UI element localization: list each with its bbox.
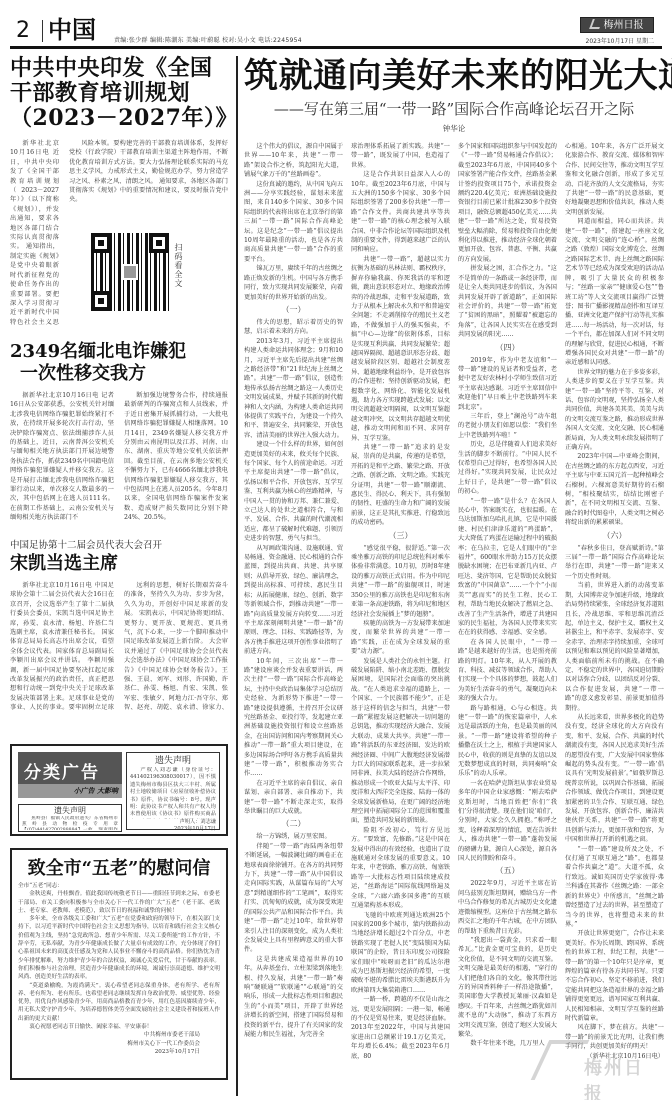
letter-signer: 梅州市关心下一代工作委员会 [18,1040,220,1048]
article-paragraph: 当前，世界进入新的动荡变革期，大国博弈竞争加速升级，地缘政治局势持续紧张，全球经… [565,581,664,713]
article-paragraph: 从长远来看，世界多极化的趋势没有变，经济全球化的大方向没有变，和平、发展、合作、… [565,713,664,845]
section-number: （三） [351,528,450,544]
letter-greeting: 全市“五老”同志： [18,882,220,890]
article-paragraph: 在习近平主席的亲自倡议、亲自谋划、亲自部署、亲自推动下，共建“一带一路”不断走深… [244,779,343,817]
article-paragraph: 发展是人类社会的永恒主题。打破发展陷阱、缩小南北差距、摆脱发展困境，是国际社会面… [351,657,450,826]
classified-banner: 分类广告 小广告 大影响 [18,752,122,798]
header-rule [10,46,662,49]
article-paragraph: “一带一路”是什么？在各国人民心中，答案既实在，也很温暖。在乌达加斯加乌哈扎扎镇… [458,497,557,638]
section-title: 中国 [48,18,96,42]
editor-credits: 责编:张少群 编辑:陈潮东 美编:叶蔚聪 校对:吴小文 电话:2245954 [114,35,302,44]
article-paragraph: 给一方锦绣，展万里宏图。 [244,832,343,841]
notice-text: 蕉岭县广福镇人民政府遗失广东省梅州市蕉岭县动物检疫专用章【(07)4414270… [22,816,118,830]
article-paragraph: 2022年9月，习近平主席在访问乌兹别克斯坦期间，赠给乌方一件中乌合作修复的希瓦… [458,879,557,935]
article-body: 新华社北京10月16日电 中国足球协会第十二届会员代表大会16日在京召开，会议选… [10,581,114,713]
notice-title: 遗失声明 [22,806,118,816]
lost-notice: 遗失声明 蕉岭县广福镇人民政府遗失广东省梅州市蕉岭县动物检疫专用章【(07)44… [18,804,122,832]
page-number-divider [42,20,43,42]
article-paragraph: 从写画政策沟通、设施联通、贸易畅通、资金融通、民心相通的合作蓝图，到提出共商、共… [244,544,343,657]
article-body: 风险本领。要构建完善的干部教育培训体系，发挥好党校（行政学院）干部教育培训主渠道… [69,139,228,223]
article-paragraph: “春秋多佳日，登高赋新诗。”第三届“一带一路”国际合作高峰论坛举行在即，共建“一… [565,544,664,582]
lost-notice: 遗失声明 产权人刘志谦（身份证号：441402196308030017），因不慎… [126,752,220,830]
article-paragraph: 2019年，作为中老友谊和“一带一路”建设的见证者和受益者，老挝中老友好农林村小… [458,356,557,412]
qr-caption: 扫码看全文 [173,243,184,288]
article-paragraph: 建设一个什么样的世界，如何创造更加美好的未来，攸关每个民族、每个国家、每个人的前… [244,440,343,543]
article-paragraph: 这是合作共识日益深入人心的10年。截至2023年6月底，中国与五大洲的150多个… [351,170,450,255]
article-paragraph: 2023年中国—中亚峰会期间，在古丝绸之路的东方起点西安，习近平主席与中亚五国元… [565,452,664,527]
letter-paragraph: 衷心祝愿老同志节日愉快、阖家幸福、平安康泰！ [18,1023,220,1031]
qr-logo-icon [122,264,138,280]
qr-code-icon[interactable] [91,233,169,311]
article-paragraph: 共建“一带一路”追求的是发展，崇尚的是共赢，传递的是希望，开拓的是和平之路、繁荣… [351,443,450,528]
headline: 中共中央印发《全国干部教育培训规划（2023－2027年）》 [10,56,228,131]
article-paragraph: 心相通。10年来，各方广泛开展文化旅游合作、教育交流、媒体和智库合作、民间交往等… [565,142,664,217]
banner-slogan: 小广告 大影响 [18,784,122,798]
page-header: 2 中国 责编:张少群 编辑:陈潮东 美编:叶蔚聪 校对:吴小文 电话:2245… [10,8,662,44]
article-paragraph: 在各国人民眼中，“一带一路”是越来越好的生活，也是照亮前路的明灯。10年来，从人… [458,638,557,704]
page-number: 2 [16,20,30,42]
article-paragraph: 一名在哈萨克斯坦从事农业贸易多年的中国企业家感慨：“刚去哈萨克斯坦时，当地百姓把… [458,779,557,864]
headline: 宋凯当选主席 [10,553,228,575]
byline: 钟华论 [244,122,664,136]
letter-paragraph: 多年来，全市各级关工委和广大“五老”在党委和政府的领导下，在相关部门支持下，以习… [18,915,220,981]
notice-text: 产权人刘志谦（身份证号：441402196308030017），因不慎遗失梅州市… [130,767,216,819]
article-paragraph: 10年间，三次出席“一带一路”建设座谈会并发表重要讲话，两次主持“一带一路”国际… [244,657,343,779]
watermark-logo-icon: 梅州日报 [540,1040,650,1090]
article-paragraph: “我愿出一袋黄金，只求看一眼希瓦。”比黄金更可宝贵的，是历史文化价值，是不同文明… [458,936,557,1039]
left-column: 中共中央印发《全国干部教育培训规划（2023－2027年）》 新华社北京10月1… [10,56,228,713]
article-paragraph: 伴随“一带一路”海陆两条纽带不断延展，一幅波澜壮阔的画卷正在地球表面徐徐铺开。在… [244,842,343,955]
article-paragraph: 路与路相通，心与心相连。共建“一带一路”的恢宏篇章中，人永远是最活跃的主角，也是… [458,704,557,779]
main-article: 筑就通向美好未来的阳光大道 ——写在第三届“一带一路”国际合作高峰论坛召开之际 … [244,56,664,1100]
headline: 一次性移交我方 [10,363,228,385]
letter-date: 2023年10月17日 [18,1048,220,1056]
logo-icon [589,19,603,29]
section-number: （二） [244,816,343,832]
article-cadre-training-plan: 中共中央印发《全国干部教育培训规划（2023－2027年）》 新华社北京10月1… [10,56,228,327]
article-paragraph: 飞驰的中欧班列通达欧洲25个国家的200多个城市，蒙内铁路拉动当地经济增长超过2… [351,911,450,996]
article-paragraph: “感觉很平稳，很舒适。”第一次乘坐雅万高铁的印尼总统佐科对乘车体验非常满意。10… [351,544,450,619]
article-paragraph: 球治理体系拓展了新实践。共建“一带一路”，既发展了中国，也造福了世界。 [351,142,450,170]
article-paragraph: 疾驰的高铁为一方发展带来加速度，而繁荣世界的共建“一带一路”实践，正在成为全球发… [351,619,450,657]
newspaper-logo: 梅州日报 [580,17,654,33]
article-paragraph: 2013年3月，习近平主席提出构建人类命运共同体理念；9月和10月，习近平主席先… [244,337,343,440]
article-body: 断加强边境警务合作，持续通报最新研判的诈骗窝点和人员线索，并于近日密集开展抓捕行… [124,391,228,523]
article-football-association: 中国足协第十二届会员代表大会召开 宋凯当选主席 新华社北京10月16日电 中国足… [10,539,228,713]
article-paragraph: 历史，总是伴随着人们追求美好生活的脚步不断前行。“中国人民不仅希望自己过得好，也… [458,440,557,496]
article-paragraph: 伟大的思想，昭示着历史的智慧，启示着未来的方向。 [244,318,343,337]
article-paragraph: 这份真诚的邀约，从中国飞向五洲——分享实践经验，谋划未来蓝图，来自140多个国家… [244,180,343,265]
article-paragraph: 锦瓦万里，赓续千年的古丝绸之路正焕发新的生机。中国与各方携手同行，致力实现共同发… [244,264,343,302]
article-paragraph: 三年后，登上“澜沧号”动车组的老挝小朋友们如愿以偿：“我们坐上中老铁路列车啦！” [458,412,557,440]
letter-title: 致全市“五老”的慰问信 [18,856,220,882]
classified-ads: 分类广告 小广告 大影响 遗失声明 蕉岭县广福镇人民政府遗失广东省梅州市蕉岭县动… [10,744,228,836]
article-paragraph: 这是共建成果造福世界的10年。从奔基垒台、立柱架梁到落地生根、持久发展，共建“一… [244,955,343,1040]
qr-code-block: 扫码看全文 [69,233,228,311]
condolence-letter: 致全市“五老”的慰问信 全市“五老”同志： 金秋送爽，丹桂飘香。值此我国传统敬老… [10,848,228,1080]
article-paragraph: 同道而相益，同心而共济。共建“一带一路”，搭建起一座座文化交流、文明交融的“连心… [565,217,664,368]
article-paragraph: 共建“一带一路”，超越以实力抗衡为基础的丛林法则、霸权秩序，摒弃你输我赢、你死我… [351,255,450,443]
banner-title: 分类广告 [24,758,100,783]
letter-paragraph: 金秋送爽，丹桂飘香。值此我国传统敬老节日——重阳佳节到来之际，市委老干部局、市关… [18,890,220,915]
section-number: （四） [458,340,557,356]
article-body: 新华社北京10月16日电 近日，中共中央印发了《全国干部教育培训规划（2023－… [10,139,59,327]
article-paragraph: 拼发展之困，汇合作之力。“这不是简单的一条路或一条经济带，而是让全人类共同进步的… [458,264,557,339]
issue-date: 2023年10月17日 星期二 [586,36,654,45]
headline: 2349名缅北电诈嫌犯 [10,341,228,363]
notice-date: 2023年10月17日 [130,826,216,833]
article-paragraph: 这个伟大的倡议，源自中国属于世界——10年来，共建“一带一路”架设合作之桥，筑起… [244,142,343,180]
section-number: （五） [458,863,557,879]
letter-signer: 中共梅州市委老干部局 [18,1031,220,1039]
notice-title: 遗失声明 [130,755,216,767]
main-headline: 筑就通向美好未来的阳光大道 [244,56,664,96]
article-telecom-fraud: 2349名缅北电诈嫌犯 一次性移交我方 据新华社北京10月16日电 记者16日从… [10,341,228,523]
article-body: 据新华社北京10月16日电 记者16日从公安部获悉，公安机关针对缅北涉我电信网络… [10,391,114,523]
logo-text: 梅州日报 [604,20,644,31]
letter-paragraph: “莫道桑榆晚，为霞尚满天”。衷心希望老同志保重身体，老有所学、老有所养、老有所为… [18,982,220,1023]
article-paragraph: 世界文明的魅力在于多姿多彩，人类进步的要义在于互学互鉴。共建“一带一路”坚持平等… [565,368,664,453]
kicker: 中国足协第十二届会员代表大会召开 [10,539,228,553]
article-paragraph: “一带一路”建设所及之处，不仅打通了互联互通之“路”，也都显着合作共赢之“道”。… [565,845,664,930]
column-divider [236,56,238,1096]
article-paragraph: 一路一桥，跨越的不仅是山海之远，更是发展阻隔；一港一渠，畅通的不仅是贸易往来，更… [351,995,450,1061]
article-paragraph: 多个国家和国际组织参与中国发起的《“一带一路”贸易畅通合作倡议》；截至2023年… [458,142,557,264]
section-number: （一） [244,302,343,318]
article-body: 远利的思想，树好长期艰苦奋斗的准备，坚持久久为功、步步为营，久久为功，开创好中国… [124,581,228,713]
section-number: （六） [565,528,664,544]
article-paragraph: 险阻不改初心，笃行方见远方。“要致富，先修路。”这是中国在发展中得出的有效经验，… [351,826,450,911]
main-subtitle: ——写在第三届“一带一路”国际合作高峰论坛召开之际 [244,98,664,120]
article-paragraph: 开放让世界更宽广，合作让未来更美好。作为长周期、跨国界、系统性的世界工程、世纪工… [565,929,664,1023]
